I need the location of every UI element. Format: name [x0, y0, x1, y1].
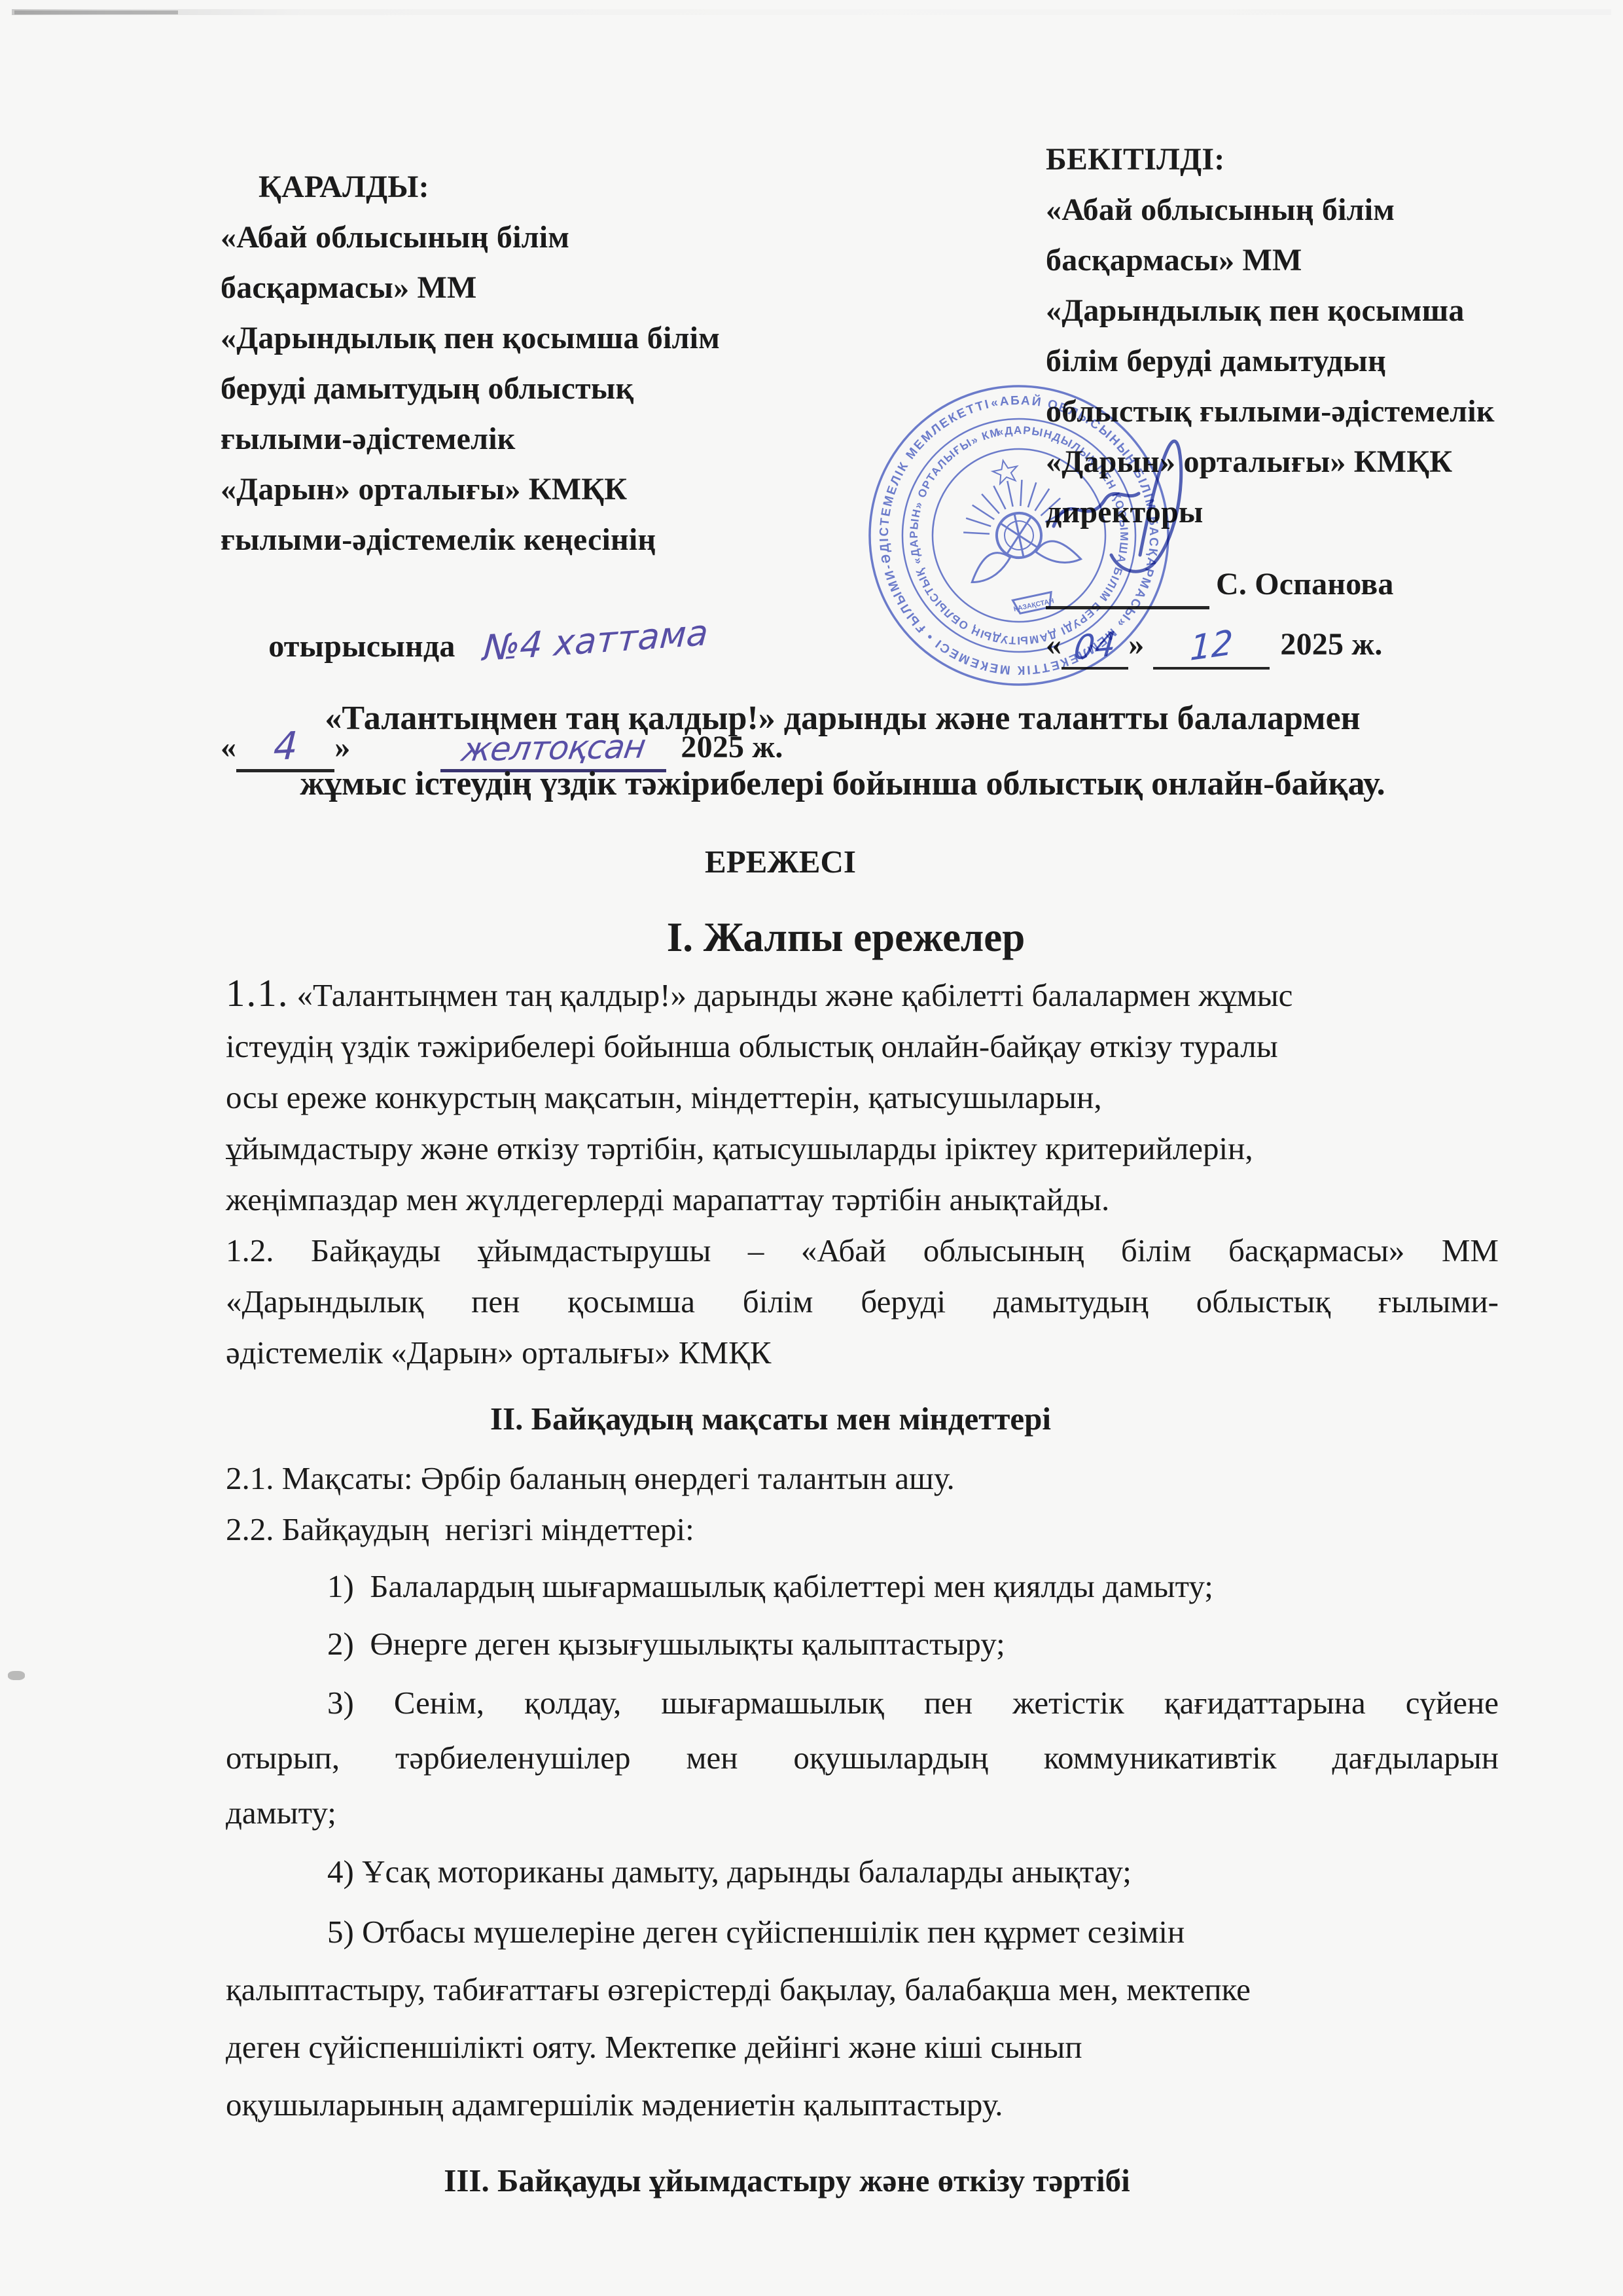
list-item-line: деген сүйіспеншілікті ояту. Мектепке дей… — [226, 2018, 1499, 2076]
paragraph-text: «Талантыңмен таң қалдыр!» дарынды және қ… — [297, 977, 1293, 1013]
section-3-heading: III. Байқауды ұйымдастыру және өткізу тә… — [226, 2160, 1499, 2202]
approved-line: «Дарын» орталығы» КМҚК — [221, 464, 810, 514]
paragraph-2-2: 2.2. Байқаудың негізгі міндеттері: — [226, 1504, 1499, 1555]
approved-line: «Дарындылық пен қосымша білім — [221, 313, 810, 363]
list-item-5: 5) Отбасы мүшелеріне деген сүйіспеншілік… — [226, 1903, 1499, 2134]
paragraph-1-1: 1.1.«Талантыңмен таң қалдыр!» дарынды жә… — [226, 967, 1499, 1225]
paragraph-1-2: 1.2. Байқауды ұйымдастырушы – «Абай облы… — [226, 1225, 1499, 1378]
paragraph-line: істеудің үздік тәжірибелері бойынша облы… — [226, 1021, 1499, 1072]
confirmed-line: «Дарындылық пен қосымша — [1046, 285, 1599, 336]
task-list: 1) Балалардың шығармашылық қабілеттері м… — [226, 1560, 1499, 2134]
list-item-line: 3) Сенім, қолдау, шығармашылық пен жетіс… — [226, 1676, 1499, 1731]
paragraph-number: 1.1. — [226, 971, 289, 1014]
scan-artifact-top-dark — [14, 10, 178, 14]
scanned-document-page: { "page": { "background": "#f7f7f6", "in… — [0, 0, 1623, 2296]
list-item-3: 3) Сенім, қолдау, шығармашылық пен жетіс… — [226, 1676, 1499, 1840]
section-2-heading: II. Байқаудың мақсаты мен міндеттері — [226, 1398, 1499, 1440]
list-item-line: қалыптастыру, табиғаттағы өзгерістерді б… — [226, 1961, 1499, 2018]
confirmed-line: басқармасы» ММ — [1046, 235, 1599, 285]
paragraph-line: жеңімпаздар мен жүлдегерлерді марапаттау… — [226, 1174, 1499, 1225]
title-line: «Талантыңмен таң қалдыр!» дарынды және т… — [226, 686, 1459, 751]
list-item-line: дамыту; — [226, 1785, 1499, 1840]
paragraph-line: осы ереже конкурстың мақсатын, міндеттер… — [226, 1072, 1499, 1123]
approved-line: басқармасы» ММ — [221, 262, 810, 313]
signature-stroke — [1054, 493, 1139, 526]
list-item-4: 4) Ұсақ моториканы дамыту, дарынды балал… — [226, 1846, 1499, 1898]
paragraph-line: әдістемелік «Дарын» орталығы» КМҚК — [226, 1327, 1499, 1378]
approved-line: ғылыми-әдістемелік кеңесінің — [221, 514, 810, 565]
year-label: 2025 ж. — [1280, 619, 1382, 670]
paragraph-line: «Дарындылық пен қосымша білім беруді дам… — [226, 1276, 1499, 1327]
approved-line: ғылыми-әдістемелік — [221, 414, 810, 464]
document-body: «Талантыңмен таң қалдыр!» дарынды және т… — [226, 686, 1499, 2202]
title-line: жұмыс істеудің үздік тәжірибелері бойынш… — [226, 751, 1459, 817]
paragraph-line: 1.1.«Талантыңмен таң қалдыр!» дарынды жә… — [226, 967, 1499, 1021]
paragraph-2-1: 2.1. Мақсаты: Әрбір баланың өнердегі тал… — [226, 1453, 1499, 1504]
meeting-word: отырысында — [268, 629, 455, 664]
list-item-line: оқушыларының адамгершілік мәдениетін қал… — [226, 2076, 1499, 2134]
approved-block: ҚАРАЛДЫ: «Абай облысының білім басқармас… — [221, 162, 810, 772]
paragraph-line: ұйымдастыру және өткізу тәртібін, қатысу… — [226, 1123, 1499, 1174]
scan-artifact-top — [12, 9, 1611, 15]
signature-stroke — [1111, 441, 1181, 571]
confirmed-heading: БЕКІТІЛДІ: — [1046, 134, 1599, 185]
approved-heading: ҚАРАЛДЫ: — [221, 162, 810, 212]
list-item-line: отырып, тәрбиеленушілер мен оқушылардың … — [226, 1731, 1499, 1785]
list-item-1: 1) Балалардың шығармашылық қабілеттері м… — [226, 1560, 1499, 1613]
scan-artifact-speck — [8, 1671, 25, 1680]
approved-line: «Абай облысының білім — [221, 212, 810, 262]
approved-line: беруді дамытудың облыстық — [221, 363, 810, 414]
confirmed-line: «Абай облысының білім — [1046, 185, 1599, 235]
handwritten-protocol-number: №4 хаттама — [481, 607, 709, 674]
signature-ink — [1042, 390, 1258, 586]
section-1-heading: I. Жалпы ережелер — [226, 914, 1499, 961]
list-item-2: 2) Өнерге деген қызығушылықты қалыптасты… — [226, 1618, 1499, 1670]
rules-label: ЕРЕЖЕСІ — [226, 836, 1499, 888]
page: ҚАРАЛДЫ: «Абай облысының білім басқармас… — [0, 0, 1623, 2296]
document-title: «Талантыңмен таң қалдыр!» дарынды және т… — [226, 686, 1499, 817]
list-item-line: 5) Отбасы мүшелеріне деген сүйіспеншілік… — [226, 1903, 1499, 1961]
paragraph-line: 1.2. Байқауды ұйымдастырушы – «Абай облы… — [226, 1225, 1499, 1276]
